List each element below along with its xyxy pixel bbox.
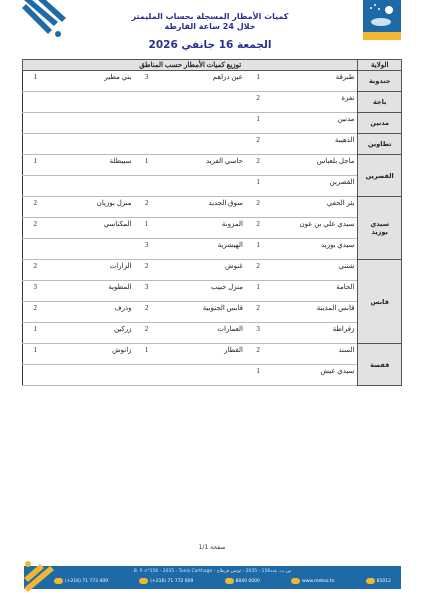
rainfall-value — [135, 365, 159, 386]
contact-text: (+216) 71 772 609 — [150, 579, 193, 584]
locality-name — [159, 176, 246, 197]
rainfall-value — [135, 113, 159, 134]
locality-name — [47, 134, 134, 155]
footer-contact: www.meteo.tn — [291, 578, 334, 584]
locality-name: قابس الجنوبية — [159, 302, 246, 323]
wilaya-cell: قابس — [358, 260, 402, 344]
table-row: سيدي عيش1 — [23, 365, 402, 386]
sms-icon — [366, 578, 375, 584]
wilaya-cell: تطاوين — [358, 134, 402, 155]
rainfall-value — [135, 92, 159, 113]
locality-name: القطار — [159, 344, 246, 365]
locality-name: سيدي علي بن عون — [270, 218, 358, 239]
footer-contacts: (+216) 71 773 400(+216) 71 772 6098840 0… — [54, 578, 391, 584]
hotline-icon — [225, 578, 234, 584]
rainfall-value: 1 — [135, 218, 159, 239]
table-row: سيدي بوزيد1الهيشرية3 — [23, 239, 402, 260]
footer-contact: (+216) 71 772 609 — [139, 578, 193, 584]
rainfall-value: 2 — [23, 197, 48, 218]
title-line-1: كميات الأمطار المسجلة بحساب المليمتر — [100, 12, 320, 22]
rainfall-value: 2 — [246, 92, 270, 113]
rainfall-value: 2 — [135, 260, 159, 281]
rainfall-value — [23, 365, 48, 386]
rainfall-value: 2 — [23, 260, 48, 281]
page-number: صفحة 1/1 — [0, 544, 424, 551]
report-date: الجمعة 16 جانفي 2026 — [100, 38, 320, 52]
footer-contact: 8840 0000 — [225, 578, 260, 584]
locality-name: المطوية — [47, 281, 134, 302]
rainfall-value: 2 — [135, 323, 159, 344]
footer-address: B. P. n°156 - 2035 - Tunis Carthage - ص.… — [24, 569, 401, 574]
locality-name: سيدي عيش — [270, 365, 358, 386]
table-row: قفصةالسند2القطار1زانوش1 — [23, 344, 402, 365]
wilaya-cell: مدنين — [358, 113, 402, 134]
wilaya-cell: القصرين — [358, 155, 402, 197]
locality-name: العمارات — [159, 323, 246, 344]
locality-name: الهيشرية — [159, 239, 246, 260]
locality-name: مدنين — [270, 113, 358, 134]
table-row: القصرينماجل بلعباس2حاسي الفريد1سبيطلة1 — [23, 155, 402, 176]
locality-name — [159, 92, 246, 113]
rainfall-value: 2 — [135, 197, 159, 218]
table-row: قابس المدينة2قابس الجنوبية2وذرف2 — [23, 302, 402, 323]
rainfall-value: 1 — [135, 344, 159, 365]
rainfall-value: 2 — [246, 344, 270, 365]
rainfall-value: 2 — [246, 197, 270, 218]
table-row: القصرين1 — [23, 176, 402, 197]
locality-name — [159, 113, 246, 134]
rainfall-value: 2 — [246, 134, 270, 155]
locality-name — [47, 176, 134, 197]
locality-name: الحامة — [270, 281, 358, 302]
rainfall-value: 1 — [23, 71, 48, 92]
rainfall-value: 3 — [246, 323, 270, 344]
locality-name: السند — [270, 344, 358, 365]
wilaya-cell: باجة — [358, 92, 402, 113]
table-row: تطاوينالذهيبة2 — [23, 134, 402, 155]
rainfall-value: 3 — [135, 71, 159, 92]
rainfall-value: 2 — [246, 218, 270, 239]
rainfall-value: 2 — [246, 260, 270, 281]
rainfall-value: 3 — [135, 281, 159, 302]
logo-stripes-icon — [20, 0, 70, 40]
locality-name: سيدي بوزيد — [270, 239, 358, 260]
locality-name: منزل حبيب — [159, 281, 246, 302]
locality-name: بني مطير — [47, 71, 134, 92]
table-row: سيدي علي بن عون2المزونة1المكناسي2 — [23, 218, 402, 239]
report-title: كميات الأمطار المسجلة بحساب المليمتر خلا… — [100, 12, 320, 52]
rainfall-value — [23, 113, 48, 134]
web-icon — [291, 578, 300, 584]
rainfall-value: 1 — [246, 176, 270, 197]
rainfall-value: 1 — [23, 155, 48, 176]
rainfall-value: 1 — [246, 71, 270, 92]
locality-name: المكناسي — [47, 218, 134, 239]
rainfall-value: 3 — [23, 281, 48, 302]
locality-name: سبيطلة — [47, 155, 134, 176]
wilaya-cell: جندوبة — [358, 71, 402, 92]
contact-text: 8840 0000 — [236, 579, 260, 584]
title-line-2: خلال 24 ساعة الفارطة — [100, 22, 320, 32]
rainfall-value: 3 — [135, 239, 159, 260]
locality-name: الذهيبة — [270, 134, 358, 155]
rainfall-value — [23, 239, 48, 260]
rainfall-value — [135, 176, 159, 197]
rainfall-value — [23, 92, 48, 113]
locality-name: وذرف — [47, 302, 134, 323]
table-row: باجةنفزة2 — [23, 92, 402, 113]
locality-name: القصرين — [270, 176, 358, 197]
table-row: زقراطة3العمارات2زركين1 — [23, 323, 402, 344]
header-wilaya: الولاية — [358, 60, 402, 71]
rainfall-value: 2 — [246, 155, 270, 176]
locality-name — [47, 92, 134, 113]
locality-name — [47, 113, 134, 134]
rainfall-value: 1 — [246, 113, 270, 134]
rainfall-value: 1 — [23, 344, 48, 365]
locality-name — [159, 365, 246, 386]
locality-name: المزونة — [159, 218, 246, 239]
contact-text: 85012 — [377, 579, 391, 584]
footer-contact: 85012 — [366, 578, 391, 584]
rainfall-value — [23, 134, 48, 155]
locality-name: سوق الجديد — [159, 197, 246, 218]
locality-name: ماجل بلعباس — [270, 155, 358, 176]
locality-name: زقراطة — [270, 323, 358, 344]
rainfall-value: 1 — [246, 281, 270, 302]
locality-name — [47, 365, 134, 386]
footer-contact: (+216) 71 773 400 — [54, 578, 108, 584]
locality-name: زركين — [47, 323, 134, 344]
wilaya-cell: قفصة — [358, 344, 402, 386]
rainfall-value — [135, 134, 159, 155]
locality-name: نفزة — [270, 92, 358, 113]
rainfall-value: 1 — [23, 323, 48, 344]
rainfall-value: 2 — [135, 302, 159, 323]
footer-bar: B. P. n°156 - 2035 - Tunis Carthage - ص.… — [24, 566, 401, 589]
table-row: الحامة1منزل حبيب3المطوية3 — [23, 281, 402, 302]
locality-name: الزارات — [47, 260, 134, 281]
table-row: جندوبةطبرقة1عين دراهم3بني مطير1 — [23, 71, 402, 92]
rainfall-value: 2 — [246, 302, 270, 323]
locality-name: عين دراهم — [159, 71, 246, 92]
locality-name: طبرقة — [270, 71, 358, 92]
wilaya-cell: سيدي بوزيد — [358, 197, 402, 260]
rainfall-value — [23, 176, 48, 197]
contact-text: (+216) 71 773 400 — [65, 579, 108, 584]
locality-name: زانوش — [47, 344, 134, 365]
header-distribution: توزيع كميات الأمطار حسب المناطق — [23, 60, 358, 71]
rainfall-value: 1 — [135, 155, 159, 176]
rainfall-table: الولاية توزيع كميات الأمطار حسب المناطق … — [22, 59, 402, 386]
institute-logo-icon — [363, 0, 401, 40]
locality-name — [47, 239, 134, 260]
fax-icon — [139, 578, 148, 584]
rainfall-value: 2 — [23, 302, 48, 323]
locality-name — [159, 134, 246, 155]
locality-name: قابس المدينة — [270, 302, 358, 323]
contact-text: www.meteo.tn — [302, 579, 334, 584]
locality-name: غنوش — [159, 260, 246, 281]
table-row: مدنينمدنين1 — [23, 113, 402, 134]
rainfall-value: 1 — [246, 365, 270, 386]
locality-name: حاسي الفريد — [159, 155, 246, 176]
table-row: سيدي بوزيدبئر الحفي2سوق الجديد2منزل بوزي… — [23, 197, 402, 218]
locality-name: منزل بوزيان — [47, 197, 134, 218]
rainfall-value: 1 — [246, 239, 270, 260]
locality-name: بئر الحفي — [270, 197, 358, 218]
locality-name: شنني — [270, 260, 358, 281]
footer-stripes-icon — [20, 560, 60, 592]
table-row: قابسشنني2غنوش2الزارات2 — [23, 260, 402, 281]
rainfall-value: 2 — [23, 218, 48, 239]
